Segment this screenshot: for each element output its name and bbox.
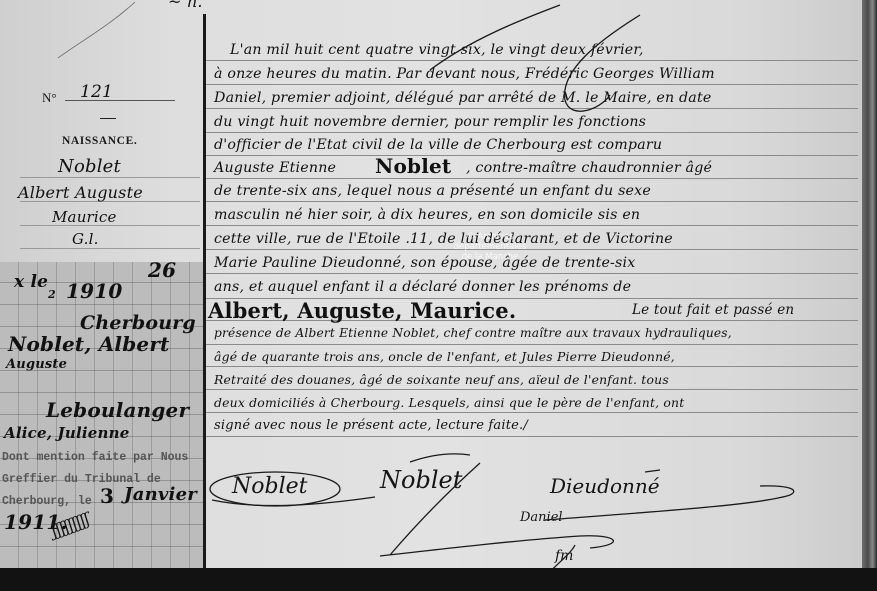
watermark-line-1: © Archives xyxy=(430,232,550,242)
body-line-8: masculin né hier soir, à dix heures, en … xyxy=(214,207,640,223)
ruled-line xyxy=(206,225,858,226)
page-binding-edge xyxy=(862,0,877,591)
previous-act-fragment: ~ n. xyxy=(168,0,203,11)
ruled-line xyxy=(206,108,858,109)
body-line-1: L'an mil huit cent quatre vingt six, le … xyxy=(230,42,644,58)
signature-noblet-1: Noblet xyxy=(232,474,307,499)
watermark-line-2: départementales xyxy=(430,242,550,252)
scan-border xyxy=(0,568,877,591)
marriage-year: 1910 xyxy=(66,279,122,303)
ruled-line xyxy=(206,60,858,61)
father-surname: Noblet xyxy=(375,154,451,178)
body-line-11: ans, et auquel enfant il a déclaré donne… xyxy=(214,279,631,295)
divider xyxy=(100,118,116,119)
body-line-14: âgé de quarante trois ans, oncle de l'en… xyxy=(214,349,675,364)
ruled-line xyxy=(206,389,858,390)
margin-given-names-1: Albert Auguste xyxy=(18,183,143,202)
ruled-line xyxy=(20,177,200,178)
body-line-7: de trente-six ans, lequel nous a présent… xyxy=(214,183,651,199)
mention-stamp-line-1: Dont mention faite par Nous xyxy=(2,451,188,464)
ruled-line xyxy=(206,84,858,85)
spouse-line-1: Noblet, Albert xyxy=(8,332,170,356)
body-line-17: signé avec nous le présent acte, lecture… xyxy=(214,418,528,433)
spouse-line-2: Auguste xyxy=(6,357,67,372)
body-line-13: présence de Albert Etienne Noblet, chef … xyxy=(214,326,732,340)
ruled-line xyxy=(206,436,858,437)
spouse-surname: Leboulanger xyxy=(46,398,189,422)
body-line-12: Le tout fait et passé en xyxy=(632,302,794,318)
marriage-day: 26 xyxy=(148,258,176,282)
mention-stamp-line-3: Cherbourg, le xyxy=(2,495,92,508)
archive-watermark: © Archives départementales de la Manche xyxy=(430,232,550,262)
marriage-place: Cherbourg xyxy=(80,312,196,334)
spouse-given-names: Alice, Julienne xyxy=(4,424,129,442)
body-line-5: d'officier de l'Etat civil de la ville d… xyxy=(214,137,662,153)
signature-dieudonne: Dieudonné xyxy=(550,474,660,498)
margin-rule xyxy=(203,14,206,568)
act-number: 121 xyxy=(80,82,113,102)
ruled-line xyxy=(206,155,858,156)
child-names: Albert, Auguste, Maurice. xyxy=(208,298,516,323)
body-line-16: deux domiciliés à Cherbourg. Lesquels, a… xyxy=(214,395,684,410)
ruled-line xyxy=(206,132,858,133)
margin-gl: G.l. xyxy=(72,230,99,248)
ruled-line xyxy=(206,344,858,345)
ruled-line xyxy=(206,273,858,274)
mention-month: Janvier xyxy=(124,484,197,505)
act-number-label: N° xyxy=(42,90,57,106)
ruled-line xyxy=(206,201,858,202)
marriage-year-prefix: 2 xyxy=(48,288,56,301)
ruled-line xyxy=(206,412,858,413)
father-occupation: , contre-maître chaudronnier âgé xyxy=(466,160,712,176)
register-page: ~ n. N° 121 NAISSANCE. Noblet Albert Aug… xyxy=(0,0,877,568)
act-number-underline xyxy=(65,100,175,101)
margin-given-names-2: Maurice xyxy=(52,208,117,226)
body-line-4: du vingt huit novembre dernier, pour rem… xyxy=(214,114,646,130)
marriage-prefix: x le xyxy=(14,272,48,292)
signature-paraph: fm xyxy=(555,548,573,564)
body-line-2: à onze heures du matin. Par devant nous,… xyxy=(214,66,715,82)
ruled-line xyxy=(20,248,200,249)
body-line-6a: Auguste Etienne xyxy=(214,160,336,176)
margin-surname: Noblet xyxy=(58,156,121,177)
body-line-10: Marie Pauline Dieudonné, son épouse, âgé… xyxy=(214,255,635,271)
ruled-line xyxy=(206,366,858,367)
signature-daniel: Daniel xyxy=(520,510,563,525)
body-line-15: Retraité des douanes, âgé de soixante ne… xyxy=(214,372,669,387)
ruled-line xyxy=(206,178,858,179)
body-line-3: Daniel, premier adjoint, délégué par arr… xyxy=(214,90,711,106)
section-title: NAISSANCE. xyxy=(62,135,137,147)
signature-noblet-2: Noblet xyxy=(380,466,462,494)
mention-day: 3 xyxy=(100,484,114,508)
watermark-line-3: de la Manche xyxy=(430,252,550,262)
